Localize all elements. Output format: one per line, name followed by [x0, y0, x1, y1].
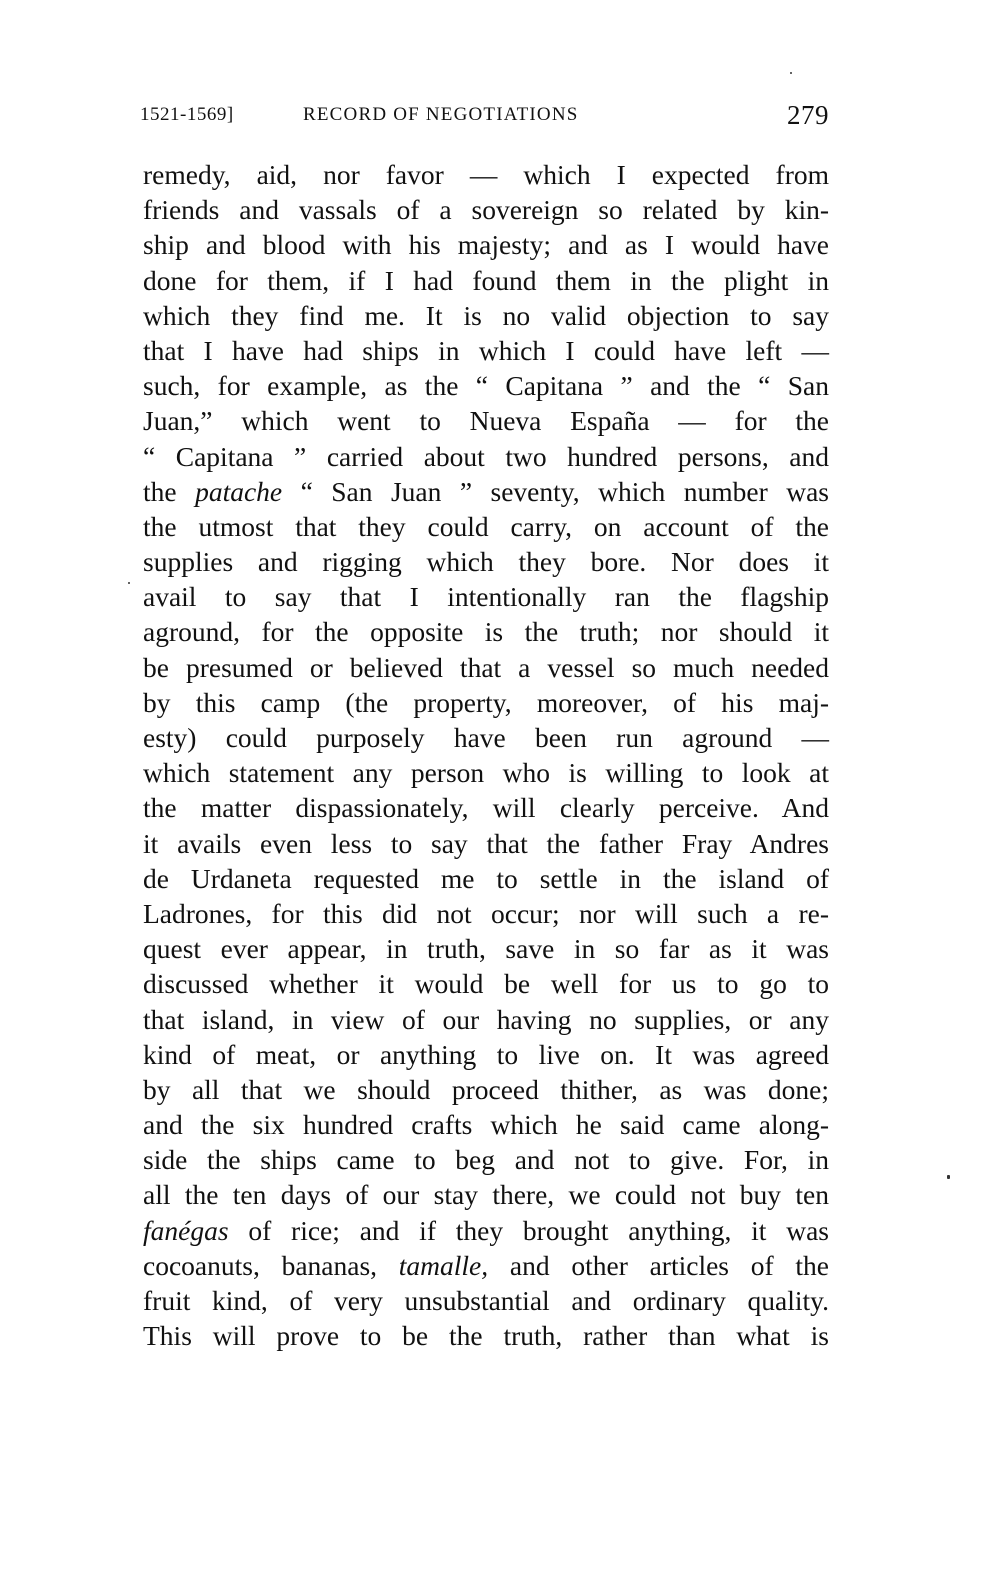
text-line: de Urdaneta requested me to settle in th… [143, 861, 829, 896]
running-head-date-range: 1521-1569] [140, 100, 234, 130]
text-line: Juan,” which went to Nueva España — for … [143, 403, 829, 438]
text-line: that island, in view of our having no su… [143, 1002, 829, 1037]
scan-speck [790, 72, 792, 74]
text-segment: and other articles of the [488, 1250, 829, 1281]
text-line: such, for example, as the “ Capitana ” a… [143, 368, 829, 403]
text-line: discussed whether it would be well for u… [143, 966, 829, 1001]
text-line: all the ten days of our stay there, we c… [143, 1177, 829, 1212]
text-segment: “ San Juan ” seventy, which number was [282, 476, 829, 507]
running-head: 1521-1569] RECORD OF NEGOTIATIONS 279 [143, 100, 829, 130]
text-segment: cocoanuts, bananas, [143, 1250, 399, 1281]
italic-term: patache [195, 476, 282, 507]
running-head-title: RECORD OF NEGOTIATIONS [303, 100, 579, 130]
text-line: cocoanuts, bananas, tamalle, and other a… [143, 1248, 829, 1283]
text-line: by all that we should proceed thither, a… [143, 1072, 829, 1107]
text-line: the utmost that they could carry, on acc… [143, 509, 829, 544]
text-line: which they find me. It is no valid objec… [143, 298, 829, 333]
text-line: by this camp (the property, moreover, of… [143, 685, 829, 720]
text-line: kind of meat, or anything to live on. It… [143, 1037, 829, 1072]
text-line: aground, for the opposite is the truth; … [143, 614, 829, 649]
text-line: Ladrones, for this did not occur; nor wi… [143, 896, 829, 931]
text-line: esty) could purposely have been run agro… [143, 720, 829, 755]
page-number: 279 [787, 100, 829, 130]
text-line: fanégas of rice; and if they brought any… [143, 1213, 829, 1248]
text-line: “ Capitana ” carried about two hundred p… [143, 439, 829, 474]
text-line: it avails even less to say that the fath… [143, 826, 829, 861]
text-line: side the ships came to beg and not to gi… [143, 1142, 829, 1177]
italic-term: fanégas [143, 1215, 229, 1246]
text-line: remedy, aid, nor favor — which I expecte… [143, 157, 829, 192]
text-line: be presumed or believed that a vessel so… [143, 650, 829, 685]
text-line: ship and blood with his majesty; and as … [143, 227, 829, 262]
text-line: friends and vassals of a sovereign so re… [143, 192, 829, 227]
scan-speck [128, 582, 130, 584]
text-line: and the six hundred crafts which he said… [143, 1107, 829, 1142]
text-line: which statement any person who is willin… [143, 755, 829, 790]
text-line: fruit kind, of very unsubstantial and or… [143, 1283, 829, 1318]
text-line: This will prove to be the truth, rather … [143, 1318, 829, 1353]
scan-speck [947, 1175, 950, 1179]
text-line: supplies and rigging which they bore. No… [143, 544, 829, 579]
italic-term: tamalle, [399, 1250, 488, 1281]
text-line: avail to say that I intentionally ran th… [143, 579, 829, 614]
text-line: quest ever appear, in truth, save in so … [143, 931, 829, 966]
text-segment: the [143, 476, 195, 507]
text-line: done for them, if I had found them in th… [143, 263, 829, 298]
text-segment: of rice; and if they brought anything, i… [229, 1215, 829, 1246]
body-text: remedy, aid, nor favor — which I expecte… [143, 157, 829, 1353]
text-line: that I have had ships in which I could h… [143, 333, 829, 368]
text-line: the matter dispassionately, will clearly… [143, 790, 829, 825]
text-line: the patache “ San Juan ” seventy, which … [143, 474, 829, 509]
